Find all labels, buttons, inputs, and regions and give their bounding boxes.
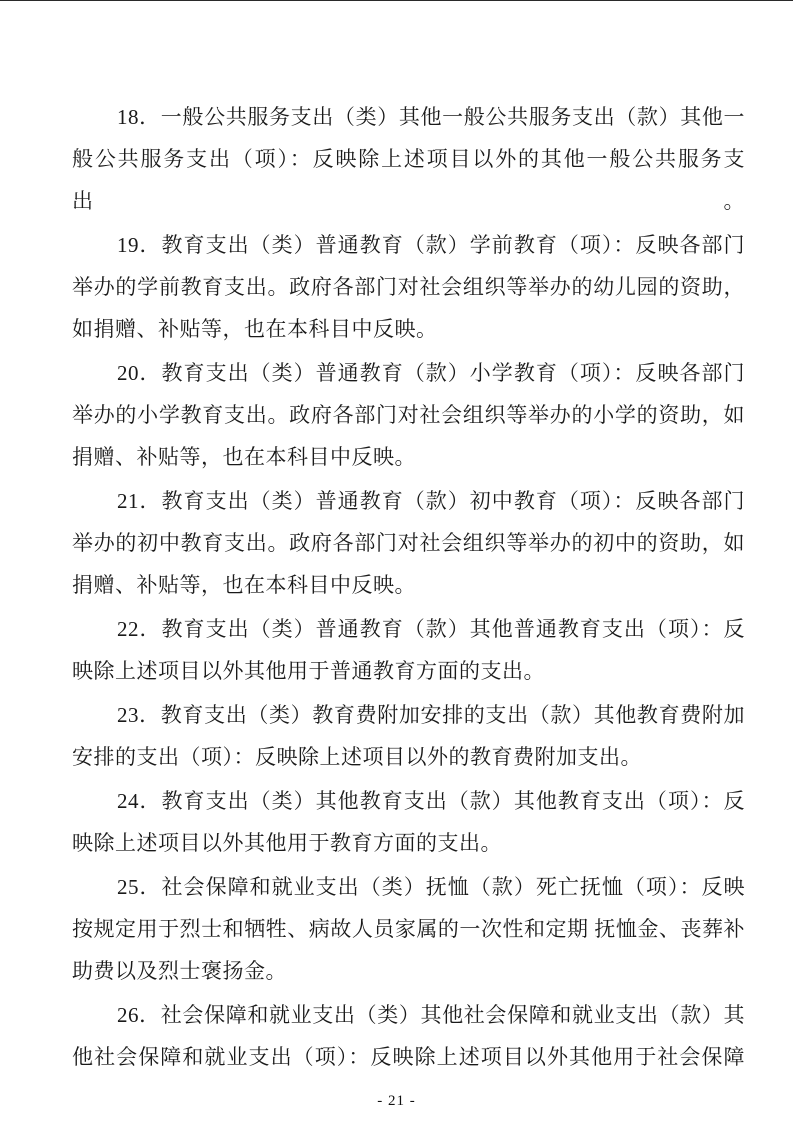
paragraph: 18．一般公共服务支出（类）其他一般公共服务支出（款）其他一般公共服务支出（项）… [72,96,745,222]
document-text: 18．一般公共服务支出（类）其他一般公共服务支出（款）其他一般公共服务支出（项）… [0,1,793,1078]
text-line: 25．社会保障和就业支出（类）抚恤（款）死亡抚恤（项）：反映 [72,866,745,908]
paragraph: 21．教育支出（类）普通教育（款）初中教育（项）：反映各部门举办的初中教育支出。… [72,480,745,606]
paragraph: 23．教育支出（类）教育费附加安排的支出（款）其他教育费附加安排的支出（项）：反… [72,694,745,778]
text-line: 按规定用于烈士和牺牲、病故人员家属的一次性和定期 抚恤金、丧葬补 [72,908,745,950]
text-line: 安排的支出（项）：反映除上述项目以外的教育费附加支出。 [72,736,745,778]
text-line: 如捐赠、补贴等，也在本科目中反映。 [72,308,745,350]
text-line: 23．教育支出（类）教育费附加安排的支出（款）其他教育费附加 [72,694,745,736]
text-line: 他社会保障和就业支出（项）：反映除上述项目以外其他用于社会保障 [72,1036,745,1078]
paragraph: 26．社会保障和就业支出（类）其他社会保障和就业支出（款）其他社会保障和就业支出… [72,994,745,1078]
text-line: 般公共服务支出（项）：反映除上述项目以外的其他一般公共服务支出。 [72,138,745,222]
text-line: 19．教育支出（类）普通教育（款）学前教育（项）：反映各部门 [72,224,745,266]
text-line: 举办的初中教育支出。政府各部门对社会组织等举办的初中的资助，如 [72,522,745,564]
text-line: 映除上述项目以外其他用于普通教育方面的支出。 [72,650,745,692]
text-line: 映除上述项目以外其他用于教育方面的支出。 [72,822,745,864]
text-line: 21．教育支出（类）普通教育（款）初中教育（项）：反映各部门 [72,480,745,522]
text-line: 24．教育支出（类）其他教育支出（款）其他教育支出（项）：反 [72,780,745,822]
paragraph: 19．教育支出（类）普通教育（款）学前教育（项）：反映各部门举办的学前教育支出。… [72,224,745,350]
text-line: 18．一般公共服务支出（类）其他一般公共服务支出（款）其他一 [72,96,745,138]
paragraph: 24．教育支出（类）其他教育支出（款）其他教育支出（项）：反映除上述项目以外其他… [72,780,745,864]
text-line: 捐赠、补贴等，也在本科目中反映。 [72,564,745,606]
paragraph: 22．教育支出（类）普通教育（款）其他普通教育支出（项）：反映除上述项目以外其他… [72,608,745,692]
text-line: 26．社会保障和就业支出（类）其他社会保障和就业支出（款）其 [72,994,745,1036]
page-footer: - 21 - [0,1092,793,1110]
text-line: 22．教育支出（类）普通教育（款）其他普通教育支出（项）：反 [72,608,745,650]
paragraph: 20．教育支出（类）普通教育（款）小学教育（项）：反映各部门举办的小学教育支出。… [72,352,745,478]
paragraph: 25．社会保障和就业支出（类）抚恤（款）死亡抚恤（项）：反映按规定用于烈士和牺牲… [72,866,745,992]
text-line: 助费以及烈士褒扬金。 [72,950,745,992]
document-page: 18．一般公共服务支出（类）其他一般公共服务支出（款）其他一般公共服务支出（项）… [0,0,793,1122]
text-line: 举办的学前教育支出。政府各部门对社会组织等举办的幼儿园的资助， [72,266,745,308]
text-line: 举办的小学教育支出。政府各部门对社会组织等举办的小学的资助，如 [72,394,745,436]
text-line: 捐赠、补贴等，也在本科目中反映。 [72,436,745,478]
text-line: 20．教育支出（类）普通教育（款）小学教育（项）：反映各部门 [72,352,745,394]
page-number: - 21 - [377,1093,416,1110]
